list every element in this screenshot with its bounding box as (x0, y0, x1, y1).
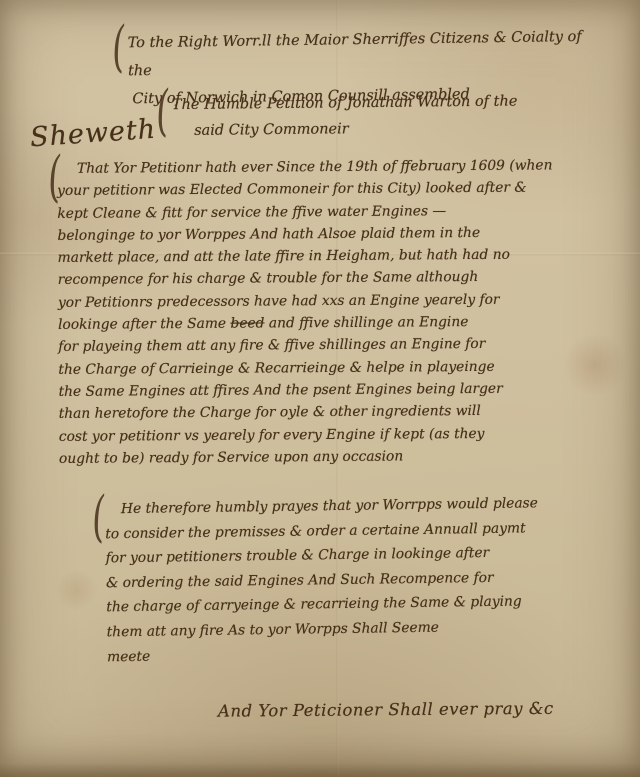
struck-word: beed (230, 316, 264, 332)
petition-title: The Humble Petition of Jonathan Warton o… (172, 88, 573, 144)
petition-title-line: The Humble Petition of Jonathan Warton o… (172, 88, 572, 118)
margin-word-sheweth: Sheweth (29, 114, 157, 154)
petition-body: That Yor Petitionr hath ever Since the 1… (57, 154, 599, 470)
manuscript-line: your petitionr was Elected Commoneir for… (57, 176, 597, 202)
closing-prayer-line: And Yor Peticioner Shall ever pray &c (218, 698, 598, 720)
address-heading-line: To the Right Worr.ll the Maior Sherriffe… (127, 23, 598, 86)
bracket-flourish-icon: ( (110, 15, 127, 81)
line-text: lookinge after the Same (58, 316, 230, 333)
prayer-clause: He therefore humbly prayes that yor Worr… (105, 491, 577, 670)
manuscript-line: ought to be) ready for Service upon any … (59, 444, 599, 470)
petition-title-line: said City Commoneir (172, 114, 572, 144)
line-text: and ffive shillinge an Engine (264, 314, 468, 331)
manuscript-page: ( ( ( ( To the Right Worr.ll the Maior S… (0, 0, 640, 777)
page-bottom-edge-shadow (0, 763, 640, 777)
